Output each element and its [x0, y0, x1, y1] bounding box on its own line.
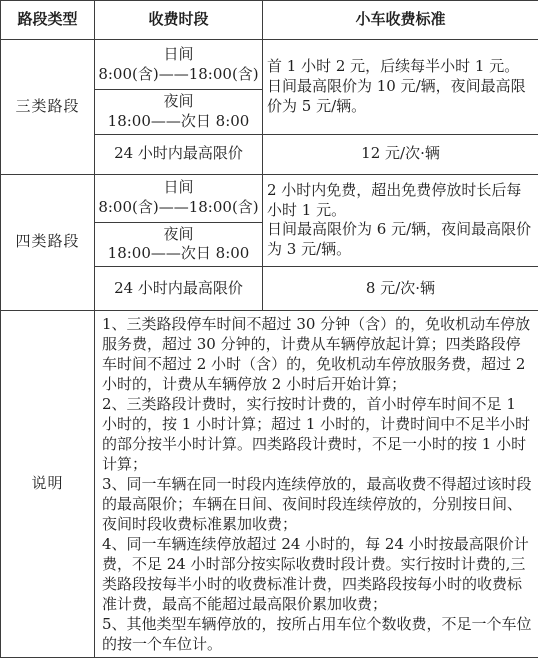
- section2-night-period-cell: 夜间 18:00——次日 8:00: [95, 222, 263, 267]
- section2-standard-line1: 2 小时内免费，超出免费停放时长后每小时 1 元。: [267, 181, 536, 221]
- note-item-3: 3、同一车辆在同一时段内连续停放的，最高收费不得超过该时段的最高限价；车辆在日间…: [102, 474, 534, 534]
- section2-max-price: 8 元/次·辆: [263, 267, 538, 311]
- section1-night-time: 18:00——次日 8:00: [98, 112, 259, 132]
- section2-night-title: 夜间: [98, 225, 259, 245]
- section2-day-period-cell: 日间 8:00(含)——18:00(含): [95, 174, 263, 222]
- note-item-2: 2、三类路段计费时，实行按时计费的，首小时停车时间不足 1 小时的，按 1 小时…: [102, 394, 534, 474]
- section1-road-type: 三类路段: [1, 40, 95, 175]
- section1-day-title: 日间: [98, 45, 259, 65]
- section1-night-period-cell: 夜间 18:00——次日 8:00: [95, 90, 263, 135]
- section1-day-row: 三类路段 日间 8:00(含)——18:00(含) 首 1 小时 2 元，后续每…: [1, 40, 538, 90]
- section1-max-label: 24 小时内最高限价: [95, 134, 263, 174]
- section1-day-time: 8:00(含)——18:00(含): [98, 65, 259, 85]
- section2-day-time: 8:00(含)——18:00(含): [98, 198, 259, 218]
- notes-label: 说明: [1, 311, 95, 658]
- parking-fee-table: 路段类型 收费时段 小车收费标准 三类路段 日间 8:00(含)——18:00(…: [0, 0, 538, 658]
- note-item-5: 5、其他类型车辆停放的，按所占用车位个数收费，不足一个车位的按一个车位计。: [102, 614, 534, 654]
- section2-night-time: 18:00——次日 8:00: [98, 244, 259, 264]
- section2-day-row: 四类路段 日间 8:00(含)——18:00(含) 2 小时内免费，超出免费停放…: [1, 174, 538, 222]
- section2-standard-line2: 日间最高限价为 6 元/辆，夜间最高限价为 3 元/辆。: [267, 220, 536, 260]
- section1-day-period-cell: 日间 8:00(含)——18:00(含): [95, 40, 263, 90]
- notes-cell: 1、三类路段停车时间不超过 30 分钟（含）的，免收机动车停放服务费，超过 30…: [95, 311, 538, 658]
- section1-max-price: 12 元/次·辆: [263, 134, 538, 174]
- note-item-1: 1、三类路段停车时间不超过 30 分钟（含）的，免收机动车停放服务费，超过 30…: [102, 314, 534, 394]
- section1-night-title: 夜间: [98, 92, 259, 112]
- table-header-row: 路段类型 收费时段 小车收费标准: [1, 1, 538, 40]
- note-item-4: 4、同一车辆连续停放超过 24 小时的，每 24 小时按最高限价计费，不足 24…: [102, 534, 534, 614]
- section1-fee-standard-cell: 首 1 小时 2 元，后续每半小时 1 元。 日间最高限价为 10 元/辆，夜间…: [263, 40, 538, 135]
- section2-road-type: 四类路段: [1, 174, 95, 311]
- header-road-type: 路段类型: [1, 1, 95, 40]
- header-car-fee-standard: 小车收费标准: [263, 1, 538, 40]
- section2-max-label: 24 小时内最高限价: [95, 267, 263, 311]
- section2-fee-standard-cell: 2 小时内免费，超出免费停放时长后每小时 1 元。 日间最高限价为 6 元/辆，…: [263, 174, 538, 267]
- header-charge-period: 收费时段: [95, 1, 263, 40]
- section1-standard-line2: 日间最高限价为 10 元/辆，夜间最高限价为 5 元/辆。: [267, 77, 536, 117]
- section2-day-title: 日间: [98, 178, 259, 198]
- section1-standard-line1: 首 1 小时 2 元，后续每半小时 1 元。: [267, 57, 536, 77]
- notes-row: 说明 1、三类路段停车时间不超过 30 分钟（含）的，免收机动车停放服务费，超过…: [1, 311, 538, 658]
